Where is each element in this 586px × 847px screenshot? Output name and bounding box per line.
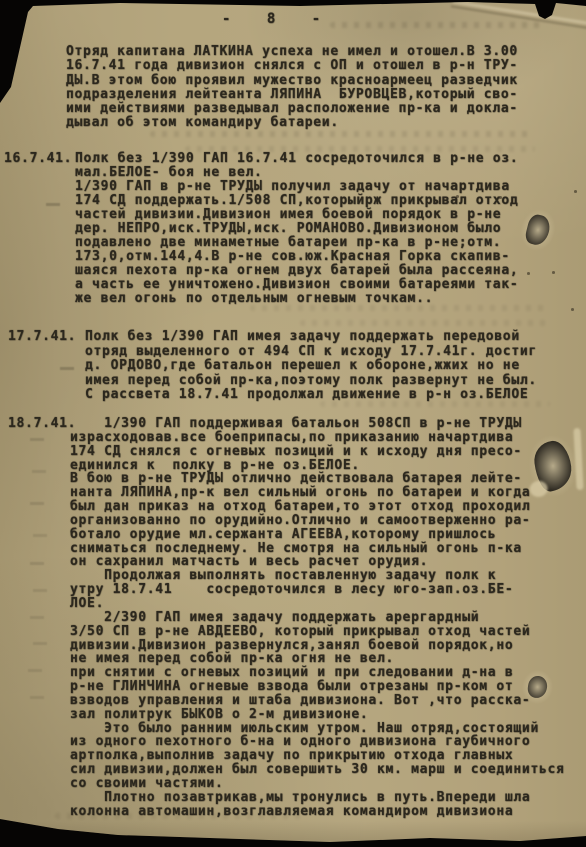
entry-date: 17.7.41. [8, 330, 76, 345]
entry-date: 18.7.41. [8, 417, 76, 431]
entry-text: Полк без 1/390 ГАП 16.7.41 сосредоточилс… [75, 152, 518, 306]
entry-text: 1/390 ГАП поддерживая батальон 508СП в р… [70, 417, 565, 818]
entry-text: Полк без 1/390 ГАП имея задачу поддержат… [85, 330, 537, 403]
paper-hole [532, 439, 574, 493]
entry-date: 16.7.41. [4, 152, 72, 166]
paper-hole [527, 675, 549, 699]
page-number: - 8 - [222, 11, 334, 27]
scanned-page: - 8 - Отряд капитана ЛАТКИНА успеха не и… [0, 0, 586, 847]
typewritten-content: - 8 - Отряд капитана ЛАТКИНА успеха не и… [0, 0, 586, 847]
entry-text: Отряд капитана ЛАТКИНА успеха не имел и … [66, 45, 518, 131]
paper-hole [524, 213, 553, 247]
paper-sheet: - 8 - Отряд капитана ЛАТКИНА успеха не и… [0, 0, 586, 847]
